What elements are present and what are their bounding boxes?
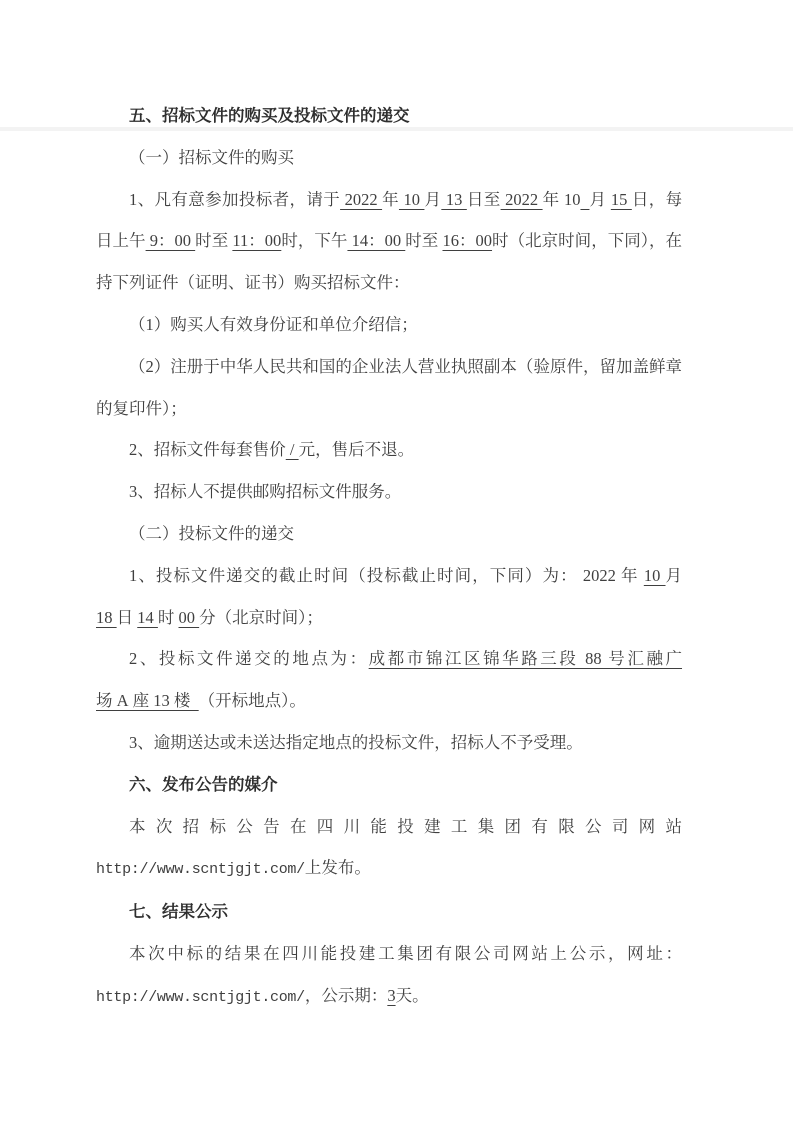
text-run: 日: [117, 608, 138, 627]
text-run: 月: [424, 190, 441, 209]
morning-end-time: 11：00: [232, 231, 281, 250]
text-run: 时至: [405, 231, 442, 250]
text-run: 3、招标人不提供邮购招标文件服务。: [129, 482, 401, 501]
text-run: 上发布。: [305, 858, 371, 877]
document-page: 五、招标文件的购买及投标文件的递交 （一）招标文件的购买 1、凡有意参加投标者，…: [0, 0, 793, 1123]
result-url: http://www.scntjgjt.com/: [96, 989, 305, 1006]
text-run: 天。: [396, 986, 429, 1005]
text-run: 1、投标文件递交的截止时间（投标截止时间，下同）为： 2022 年: [129, 566, 644, 585]
text-run: 2、招标文件每套售价: [129, 440, 286, 459]
announcement-url: http://www.scntjgjt.com/: [96, 861, 305, 878]
purchase-end-day: 15: [611, 190, 632, 209]
heading-text: 七、结果公示: [129, 902, 228, 921]
paragraph-announcement-media: 本次招标公告在四川能投建工集团有限公司网站 http://www.scntjgj…: [96, 806, 682, 892]
paragraph-no-mail-order: 3、招标人不提供邮购招标文件服务。: [96, 471, 682, 513]
subheading-purchase: （一）招标文件的购买: [96, 137, 682, 179]
purchase-start-year: 2022: [340, 190, 382, 209]
text-run: 月: [589, 190, 610, 209]
heading-text: 六、发布公告的媒介: [129, 775, 278, 794]
paragraph-purchase-period: 1、凡有意参加投标者，请于 2022 年 10 月 13 日至 2022 年 1…: [96, 179, 682, 304]
heading-section-7: 七、结果公示: [96, 891, 682, 933]
heading-section-6: 六、发布公告的媒介: [96, 764, 682, 806]
deadline-day: 18: [96, 608, 117, 627]
text-run: 时，下午: [281, 231, 347, 250]
text-run: 分（北京时间）；: [199, 608, 323, 627]
deadline-month: 10: [644, 566, 666, 585]
text-run: （开标地点）。: [199, 691, 306, 710]
text-run: （2）注册于中华人民共和国的企业法人营业执照副本（验原件，留加盖鲜章的复印件）；: [96, 357, 682, 418]
text-run: 本次招标公告在四川能投建工集团有限公司网站: [129, 817, 682, 836]
text-run: ，公示期：: [305, 986, 388, 1005]
text-run: 2、投标文件递交的地点为：: [129, 649, 369, 668]
paragraph-late-submission: 3、逾期送达或未送达指定地点的投标文件，招标人不予受理。: [96, 722, 682, 764]
text-run: 月: [666, 566, 683, 585]
paragraph-result-publicity: 本次中标的结果在四川能投建工集团有限公司网站上公示，网址：http://www.…: [96, 933, 682, 1019]
document-price-value: /: [286, 440, 299, 459]
paragraph-submission-address: 2、投标文件递交的地点为：成都市锦江区锦华路三段 88 号汇融广场 A 座 13…: [96, 638, 682, 722]
paragraph-requirement-2: （2）注册于中华人民共和国的企业法人营业执照副本（验原件，留加盖鲜章的复印件）；: [96, 346, 682, 430]
deadline-hour: 14: [137, 608, 158, 627]
afternoon-start-time: 14：00: [347, 231, 405, 250]
text-run: 3、逾期送达或未送达指定地点的投标文件，招标人不予受理。: [129, 733, 583, 752]
document-content: 五、招标文件的购买及投标文件的递交 （一）招标文件的购买 1、凡有意参加投标者，…: [96, 95, 682, 1019]
text-run: 年 10: [543, 190, 581, 209]
morning-start-time: 9：00: [146, 231, 196, 250]
afternoon-end-time: 16：00: [442, 231, 492, 250]
text-run: （一）招标文件的购买: [129, 148, 294, 167]
text-run: （1）购买人有效身份证和单位介绍信；: [129, 315, 418, 334]
text-run: （二）投标文件的递交: [129, 524, 294, 543]
text-run: 日至: [467, 190, 501, 209]
heading-text: 五、招标文件的购买及投标文件的递交: [129, 106, 410, 125]
paragraph-requirement-1: （1）购买人有效身份证和单位介绍信；: [96, 304, 682, 346]
purchase-end-year: 2022: [501, 190, 543, 209]
purchase-start-day: 13: [441, 190, 467, 209]
text-run: 时至: [195, 231, 232, 250]
heading-section-5: 五、招标文件的购买及投标文件的递交: [96, 95, 682, 137]
text-run: 时: [158, 608, 179, 627]
text-run: 1、凡有意参加投标者，请于: [129, 190, 340, 209]
text-run: 元，售后不退。: [299, 440, 415, 459]
paragraph-submission-deadline: 1、投标文件递交的截止时间（投标截止时间，下同）为： 2022 年 10 月 1…: [96, 555, 682, 639]
deadline-minute: 00: [179, 608, 200, 627]
publicity-period-days: 3: [387, 986, 395, 1005]
purchase-start-month: 10: [399, 190, 425, 209]
text-run: 本次中标的结果在四川能投建工集团有限公司网站上公示，网址：: [129, 944, 682, 963]
paragraph-document-price: 2、招标文件每套售价 / 元，售后不退。: [96, 429, 682, 471]
text-run: 年: [382, 190, 399, 209]
subheading-submission: （二）投标文件的递交: [96, 513, 682, 555]
